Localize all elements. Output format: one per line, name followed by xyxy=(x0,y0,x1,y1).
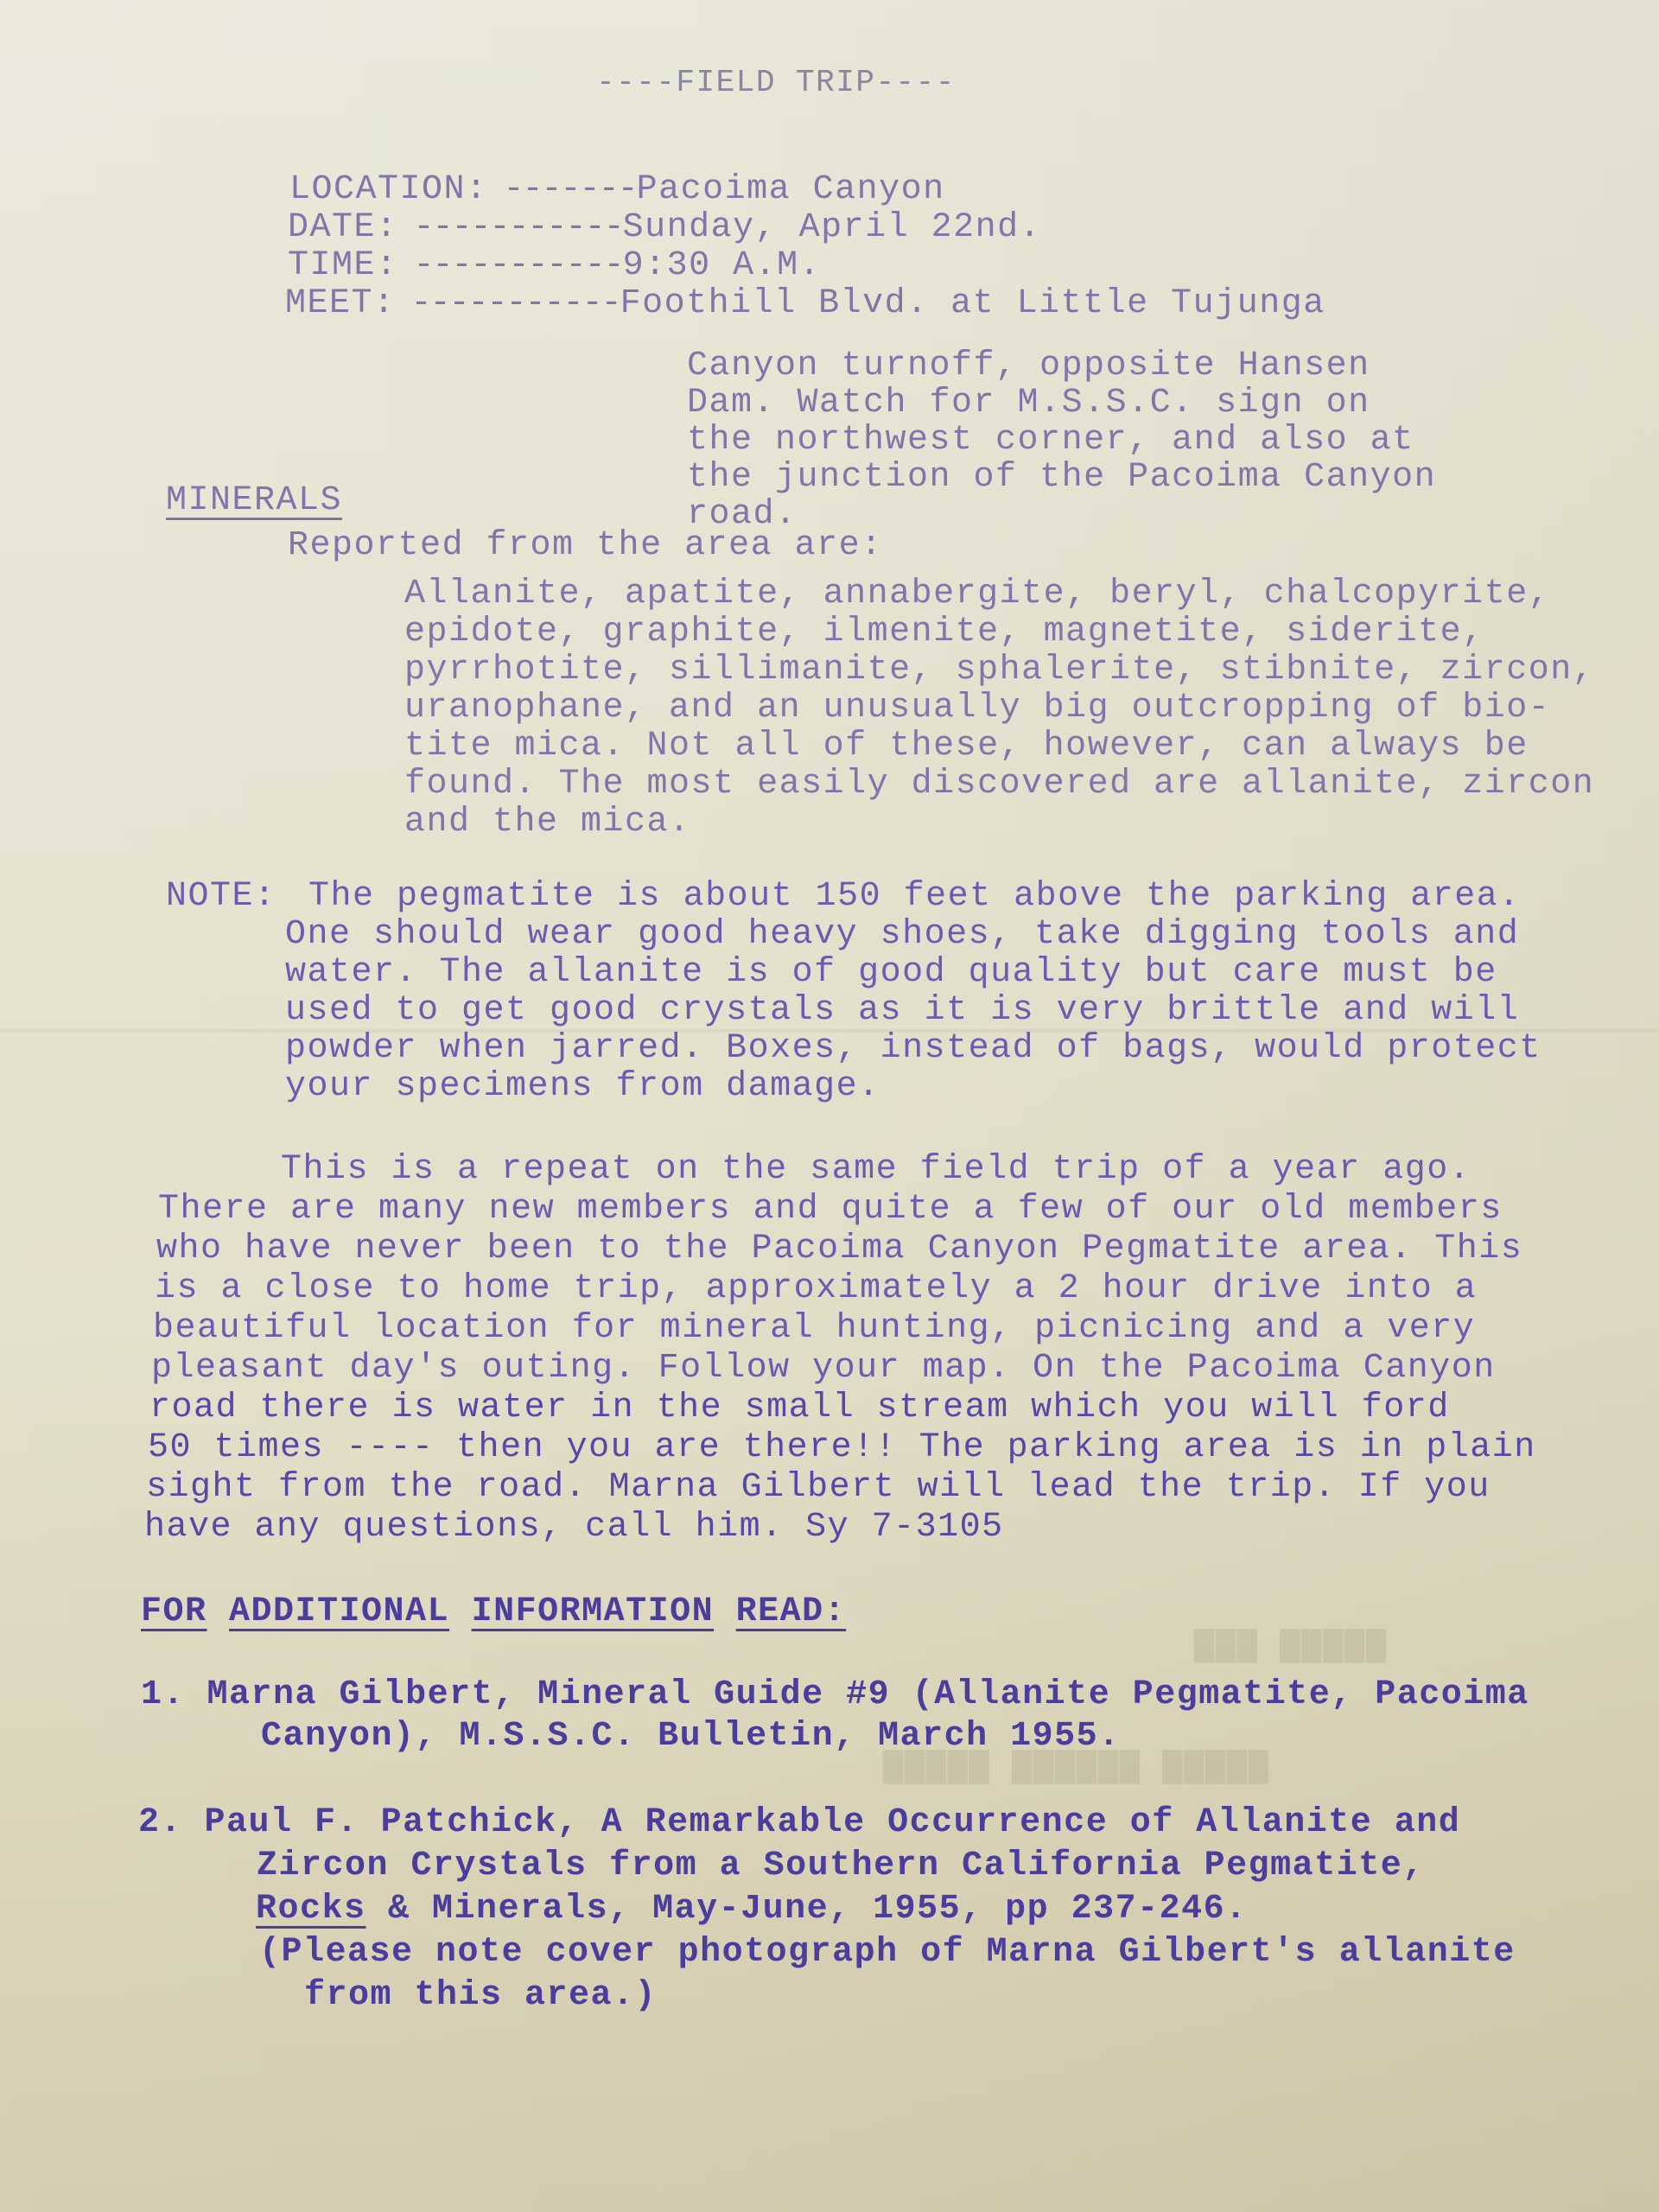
minerals-line: tite mica. Not all of these, however, ca… xyxy=(404,729,1529,764)
detail-value: Foothill Blvd. at Little Tujunga xyxy=(620,284,1325,323)
detail-leader: ----------- xyxy=(411,287,620,321)
minerals-line: and the mica. xyxy=(404,805,691,840)
paragraph-line: beautiful location for mineral hunting, … xyxy=(153,1312,1475,1346)
minerals-line: found. The most easily discovered are al… xyxy=(404,767,1594,802)
references-heading: FOR ADDITIONAL INFORMATION READ: xyxy=(141,1595,846,1630)
reference-line: (Please note cover photograph of Marna G… xyxy=(259,1935,1516,1970)
minerals-line: pyrrhotite, sillimanite, sphalerite, sti… xyxy=(404,653,1594,688)
reference-line-3: Rocks & Minerals, May-June, 1955, pp 237… xyxy=(256,1892,1248,1927)
heading-word: ADDITIONAL xyxy=(229,1592,449,1631)
note-line: your specimens from damage. xyxy=(285,1070,880,1104)
note-line: The pegmatite is about 150 feet above th… xyxy=(308,880,1521,914)
reference-line: Zircon Crystals from a Southern Californ… xyxy=(257,1849,1425,1884)
detail-leader: ----------- xyxy=(414,211,623,245)
paragraph-line: pleasant day's outing. Follow your map. … xyxy=(151,1351,1496,1386)
note-line: water. The allanite is of good quality b… xyxy=(285,956,1497,990)
paragraph-line: sight from the road. Marna Gilbert will … xyxy=(146,1471,1491,1505)
heading-word: READ: xyxy=(736,1592,847,1631)
reference-item-1: 1. Marna Gilbert, Mineral Guide #9 (Alla… xyxy=(141,1678,1529,1713)
detail-value: Sunday, April 22nd. xyxy=(623,208,1042,247)
detail-date: DATE:-----------Sunday, April 22nd. xyxy=(288,211,1041,245)
detail-label: LOCATION: xyxy=(289,173,488,207)
detail-location: LOCATION:-------Pacoima Canyon xyxy=(289,173,945,207)
reference-line: & Minerals, May-June, 1955, pp 237-246. xyxy=(366,1890,1248,1929)
detail-label: TIME: xyxy=(288,249,398,283)
detail-label: MEET: xyxy=(285,287,396,321)
paragraph-line: There are many new members and quite a f… xyxy=(158,1192,1503,1227)
meet-line: the junction of the Pacoima Canyon xyxy=(687,461,1436,495)
paragraph-line: This is a repeat on the same field trip … xyxy=(281,1153,1471,1187)
detail-leader: ------- xyxy=(504,173,637,207)
note-line: powder when jarred. Boxes, instead of ba… xyxy=(285,1032,1541,1066)
reference-number: 1. xyxy=(141,1675,185,1714)
detail-time: TIME:-----------9:30 A.M. xyxy=(288,249,821,283)
paragraph-line: 50 times ---- then you are there!! The p… xyxy=(148,1431,1536,1465)
reference-line: Marna Gilbert, Mineral Guide #9 (Allanit… xyxy=(207,1675,1529,1714)
note-label: NOTE: xyxy=(166,880,276,914)
minerals-intro: Reported from the area are: xyxy=(288,529,883,563)
detail-value: 9:30 A.M. xyxy=(623,246,822,285)
reference-item-2: 2. Paul F. Patchick, A Remarkable Occurr… xyxy=(138,1806,1460,1840)
minerals-heading: MINERALS xyxy=(166,484,342,518)
reference-line: from this area.) xyxy=(304,1979,657,2013)
paragraph-line: have any questions, call him. Sy 7-3105 xyxy=(144,1510,1004,1545)
detail-meet: MEET:-----------Foothill Blvd. at Little… xyxy=(285,287,1325,321)
minerals-line: epidote, graphite, ilmenite, magnetite, … xyxy=(404,615,1484,650)
meet-line: the northwest corner, and also at xyxy=(687,423,1414,458)
paragraph-line: is a close to home trip, approximately a… xyxy=(155,1272,1477,1306)
reference-line: Canyon), M.S.S.C. Bulletin, March 1955. xyxy=(261,1719,1121,1754)
document-title: ----FIELD TRIP---- xyxy=(596,67,956,99)
note-line: One should wear good heavy shoes, take d… xyxy=(285,918,1519,952)
detail-leader: ----------- xyxy=(414,249,623,283)
detail-label: DATE: xyxy=(288,211,398,245)
minerals-line: Allanite, apatite, annabergite, beryl, c… xyxy=(404,577,1550,612)
reference-number: 2. xyxy=(138,1803,182,1842)
heading-word: FOR xyxy=(141,1592,207,1631)
reference-line: Paul F. Patchick, A Remarkable Occurrenc… xyxy=(205,1803,1461,1842)
journal-title: Rocks xyxy=(256,1890,366,1929)
paragraph-line: who have never been to the Pacoima Canyo… xyxy=(156,1232,1522,1267)
show-through-text: ▇▇▇▇▇ ▇▇▇ xyxy=(1192,1624,1386,1665)
note-line: used to get good crystals as it is very … xyxy=(285,994,1519,1028)
heading-word: INFORMATION xyxy=(472,1592,715,1631)
meet-line: Dam. Watch for M.S.S.C. sign on xyxy=(687,386,1370,421)
meet-line: Canyon turnoff, opposite Hansen xyxy=(687,349,1370,384)
paragraph-line: road there is water in the small stream … xyxy=(149,1391,1450,1426)
minerals-line: uranophane, and an unusually big outcrop… xyxy=(404,691,1550,726)
detail-value: Pacoima Canyon xyxy=(637,170,945,209)
